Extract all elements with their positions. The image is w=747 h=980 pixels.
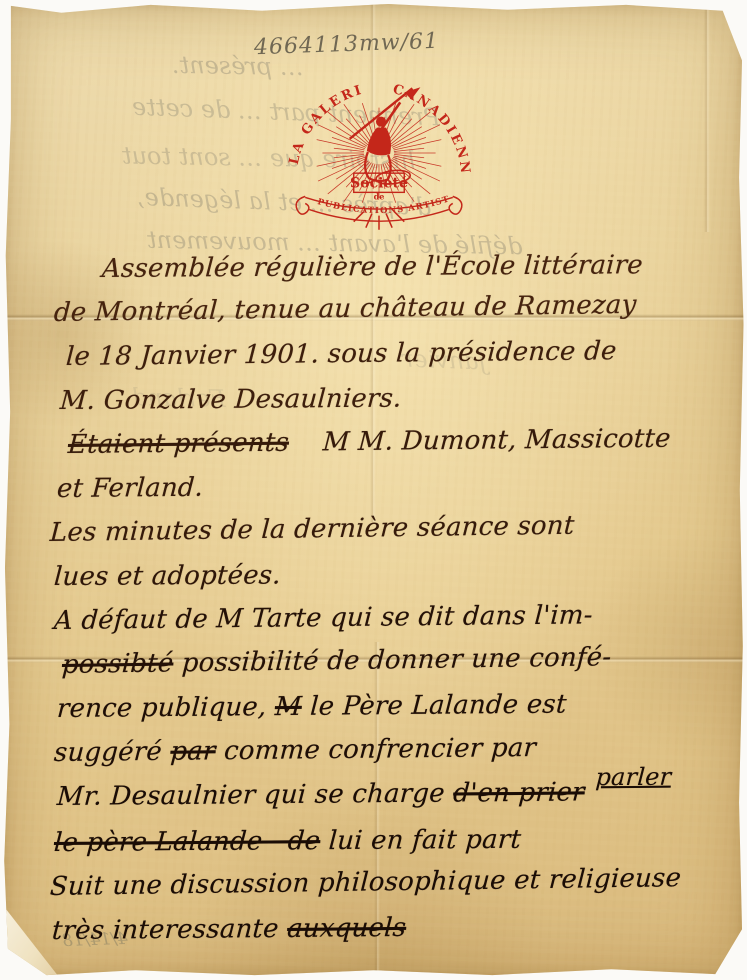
societe-seal: LA GALERIE CANADIENNE Société de PUBLICA… xyxy=(283,82,475,234)
manuscript-line-10: possibté possibilité de donner une confé… xyxy=(61,642,612,680)
struck-segment: possibté xyxy=(61,648,174,680)
inserted-word: parler xyxy=(595,763,672,792)
text-segment: de Montréal, tenue au château de Ramezay xyxy=(53,290,637,328)
manuscript-line-4: M. Gonzalve Desaulniers. xyxy=(59,384,402,416)
struck-segment: le père Lalande de xyxy=(53,826,321,858)
struck-segment: M xyxy=(274,692,303,722)
seal-tablet-text: Société xyxy=(350,175,408,191)
text-segment: très interessante xyxy=(51,914,288,946)
manuscript-line-12: suggéré par comme confrencier par xyxy=(53,733,537,768)
text-segment: comme confrencier par xyxy=(215,733,537,766)
manuscript-line-16: très interessante auxquels xyxy=(51,913,407,946)
manuscript-line-8: lues et adoptées. xyxy=(53,560,282,592)
text-segment: M. Gonzalve Desaulniers. xyxy=(59,384,402,416)
manuscript-line-5: Étaient présents M M. Dumont, Massicotte xyxy=(67,424,672,460)
fold-crease-right-edge xyxy=(704,2,710,232)
manuscript-line-11: rence publique, M le Père Lalande est xyxy=(56,690,567,724)
text-segment: suggéré xyxy=(53,737,171,768)
manuscript-line-7: Les minutes de la dernière séance sont xyxy=(49,511,575,548)
text-segment: le 18 Janvier 1901. sous la présidence d… xyxy=(65,336,617,372)
manuscript-line-14: le père Lalande de lui en fait part xyxy=(53,825,522,858)
text-segment: M M. Dumont, Massicotte xyxy=(288,424,672,458)
manuscript-line-1: Assemblée régulière de l'École littérair… xyxy=(101,250,644,284)
text-segment: Assemblée régulière de l'École littérair… xyxy=(101,250,644,284)
text-segment: et Ferland. xyxy=(56,473,204,504)
text-segment: lui en fait part xyxy=(319,825,522,856)
manuscript-line-9: A défaut de M Tarte qui se dit dans l'im… xyxy=(53,600,594,636)
text-segment: lues et adoptées. xyxy=(53,560,282,592)
pencil-inscription-top: 4664113mw/61 xyxy=(254,29,440,60)
seal-tablet-subtext: de xyxy=(374,191,385,201)
manuscript-line-2: de Montréal, tenue au château de Ramezay xyxy=(53,290,637,328)
manuscript-line-13: Mr. Desaulnier qui se charge d'en prierp… xyxy=(56,777,671,812)
manuscript-line-3: le 18 Janvier 1901. sous la présidence d… xyxy=(65,336,617,372)
text-segment: Mr. Desaulnier qui se charge xyxy=(56,779,454,812)
struck-segment: Étaient présents xyxy=(67,428,290,460)
struck-segment: auxquels xyxy=(286,913,407,944)
struck-segment: d'en prier xyxy=(452,777,585,808)
text-segment: A défaut de M Tarte qui se dit dans l'im… xyxy=(53,600,594,636)
text-segment: le Père Lalande est xyxy=(301,690,568,722)
text-segment: possibilité de donner une confé- xyxy=(173,642,613,678)
text-segment: Suit une discussion philosophique et rel… xyxy=(49,863,682,902)
seal-arc-left-text: LA GALERIE xyxy=(283,82,365,166)
text-segment: Les minutes de la dernière séance sont xyxy=(49,511,575,548)
scan-background: … présent.Prennent part … de cettehistoi… xyxy=(0,0,747,980)
text-segment: rence publique, xyxy=(56,692,276,724)
manuscript-line-6: et Ferland. xyxy=(56,473,204,504)
manuscript-line-15: Suit une discussion philosophique et rel… xyxy=(49,863,682,902)
struck-segment: par xyxy=(170,736,217,766)
manuscript-paper: … présent.Prennent part … de cettehistoi… xyxy=(2,2,745,978)
